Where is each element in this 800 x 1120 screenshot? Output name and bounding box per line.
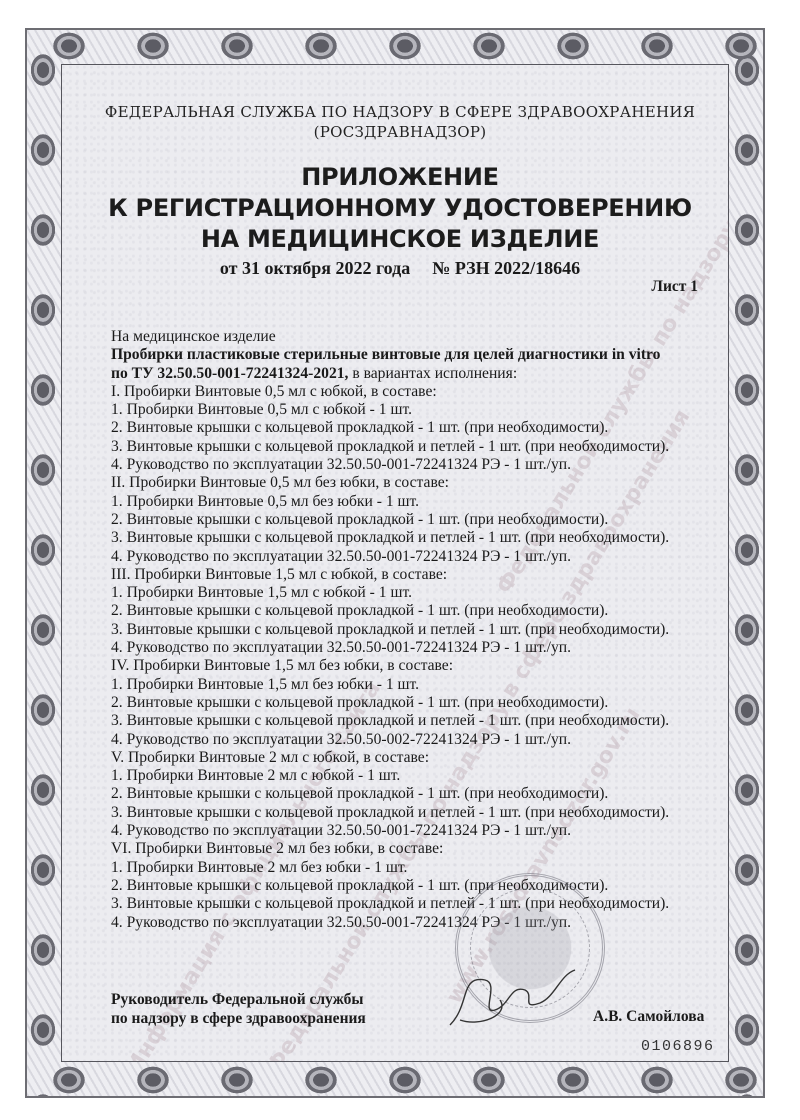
- variant-item: 2. Винтовые крышки с кольцевой прокладко…: [111, 511, 669, 529]
- signature-icon: [440, 955, 600, 1035]
- variant-item: 4. Руководство по эксплуатации 32.50.50-…: [111, 456, 669, 474]
- date-number-line: от 31 октября 2022 года№ РЗН 2022/18646: [0, 258, 800, 279]
- spec-rest: в вариантах исполнения:: [348, 365, 517, 382]
- intro-line: На медицинское изделие: [111, 328, 669, 346]
- variant-item: 1. Пробирки Винтовые 2 мл без юбки - 1 ш…: [111, 859, 669, 877]
- spec-code: по ТУ 32.50.50-001-72241324-2021,: [111, 365, 348, 382]
- variant-heading: I. Пробирки Винтовые 0,5 мл с юбкой, в с…: [111, 383, 669, 401]
- variant-heading: V. Пробирки Винтовые 2 мл с юбкой, в сос…: [111, 749, 669, 767]
- variant-heading: III. Пробирки Винтовые 1,5 мл с юбкой, в…: [111, 566, 669, 584]
- variant-item: 2. Винтовые крышки с кольцевой прокладко…: [111, 877, 669, 895]
- variant-heading: VI. Пробирки Винтовые 2 мл без юбки, в с…: [111, 840, 669, 858]
- variant-item: 1. Пробирки Винтовые 0,5 мл без юбки - 1…: [111, 493, 669, 511]
- serial-number: 0106896: [641, 1038, 715, 1055]
- device-description: На медицинское изделие Пробирки пластико…: [111, 328, 669, 932]
- document-title-line3: НА МЕДИЦИНСКОЕ ИЗДЕЛИЕ: [0, 225, 800, 253]
- spec-line: по ТУ 32.50.50-001-72241324-2021, в вари…: [111, 365, 669, 383]
- variant-item: 2. Винтовые крышки с кольцевой прокладко…: [111, 694, 669, 712]
- sheet-number: Лист 1: [651, 278, 698, 296]
- variant-item: 4. Руководство по эксплуатации 32.50.50-…: [111, 548, 669, 566]
- variant-item: 1. Пробирки Винтовые 1,5 мл с юбкой - 1 …: [111, 584, 669, 602]
- variant-item: 2. Винтовые крышки с кольцевой прокладко…: [111, 785, 669, 803]
- document-title-line2: К РЕГИСТРАЦИОННОМУ УДОСТОВЕРЕНИЮ: [0, 194, 800, 222]
- variant-item: 3. Винтовые крышки с кольцевой прокладко…: [111, 529, 669, 547]
- variant-item: 2. Винтовые крышки с кольцевой прокладко…: [111, 419, 669, 437]
- product-name: Пробирки пластиковые стерильные винтовые…: [111, 346, 669, 364]
- variant-heading: IV. Пробирки Винтовые 1,5 мл без юбки, в…: [111, 657, 669, 675]
- variant-item: 1. Пробирки Винтовые 2 мл с юбкой - 1 шт…: [111, 767, 669, 785]
- variant-item: 2. Винтовые крышки с кольцевой прокладко…: [111, 602, 669, 620]
- agency-name: ФЕДЕРАЛЬНАЯ СЛУЖБА ПО НАДЗОРУ В СФЕРЕ ЗД…: [0, 103, 800, 121]
- variant-item: 4. Руководство по эксплуатации 32.50.50-…: [111, 639, 669, 657]
- issue-date: от 31 октября 2022 года: [220, 258, 410, 278]
- variant-item: 4. Руководство по эксплуатации 32.50.50-…: [111, 731, 669, 749]
- variant-item: 3. Винтовые крышки с кольцевой прокладко…: [111, 621, 669, 639]
- variant-item: 3. Винтовые крышки с кольцевой прокладко…: [111, 804, 669, 822]
- variants-list: I. Пробирки Винтовые 0,5 мл с юбкой, в с…: [111, 383, 669, 932]
- registration-number: № РЗН 2022/18646: [432, 258, 580, 278]
- signatory-title: Руководитель Федеральной службы по надзо…: [111, 990, 366, 1028]
- agency-abbreviation: (РОСЗДРАВНАДЗОР): [0, 123, 800, 141]
- signatory-title-line2: по надзору в сфере здравоохранения: [111, 1009, 366, 1028]
- variant-item: 3. Винтовые крышки с кольцевой прокладко…: [111, 712, 669, 730]
- variant-heading: II. Пробирки Винтовые 0,5 мл без юбки, в…: [111, 474, 669, 492]
- variant-item: 1. Пробирки Винтовые 0,5 мл с юбкой - 1 …: [111, 401, 669, 419]
- signatory-title-line1: Руководитель Федеральной службы: [111, 990, 366, 1009]
- signatory-name: А.В. Самойлова: [593, 1008, 704, 1026]
- variant-item: 4. Руководство по эксплуатации 32.50.50-…: [111, 822, 669, 840]
- document-title-line1: ПРИЛОЖЕНИЕ: [0, 163, 800, 191]
- document-content: ФЕДЕРАЛЬНАЯ СЛУЖБА ПО НАДЗОРУ В СФЕРЕ ЗД…: [0, 0, 800, 1120]
- variant-item: 1. Пробирки Винтовые 1,5 мл без юбки - 1…: [111, 676, 669, 694]
- variant-item: 3. Винтовые крышки с кольцевой прокладко…: [111, 438, 669, 456]
